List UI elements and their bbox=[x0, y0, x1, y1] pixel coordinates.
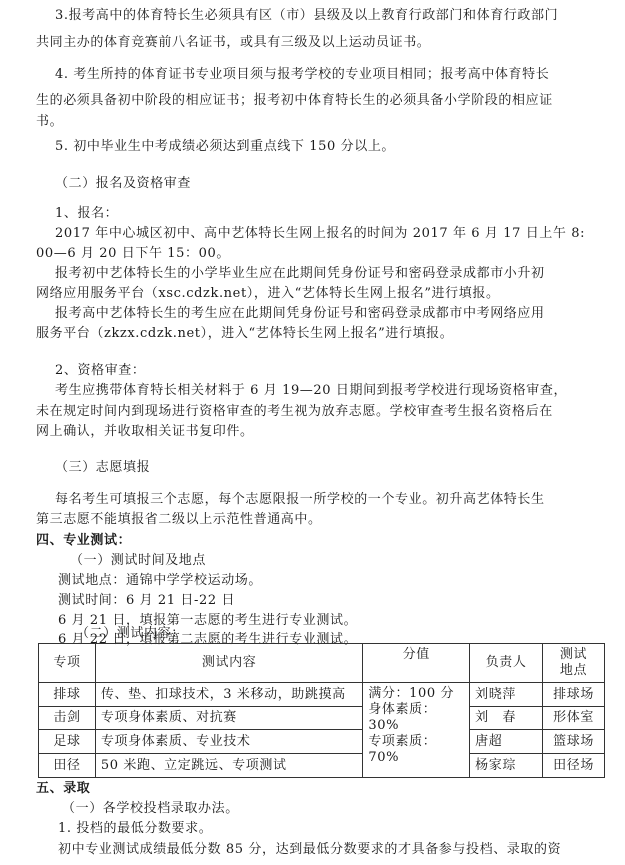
registration-time-line-2: 00—6 月 20 日下午 15：00。 bbox=[36, 246, 230, 262]
row-content: 传、垫、扣球技术，3 米移动，助跳摸高 bbox=[95, 683, 362, 707]
senior-registration-line-1: 报考高中艺体特长生的考生应在此期间凭身份证号和密码登录成都市中考网络应用 bbox=[55, 306, 545, 322]
header-event: 专项 bbox=[39, 644, 96, 683]
row-leader: 刘 春 bbox=[470, 707, 543, 730]
row-content: 50 米跑、立定跳远、专项测试 bbox=[95, 754, 362, 778]
row-leader: 刘晓萍 bbox=[470, 683, 543, 707]
registration-heading: 1、报名： bbox=[55, 206, 118, 222]
row-event: 足球 bbox=[39, 730, 96, 754]
review-line-1: 考生应携带体育特长相关材料于 6 月 19—20 日期间到报考学校进行现场资格审… bbox=[55, 383, 567, 399]
test-content-heading: （二）测试内容： bbox=[76, 626, 185, 642]
row-content: 专项身体素质、专业技术 bbox=[95, 730, 362, 754]
row-venue: 篮球场 bbox=[543, 730, 605, 754]
header-venue-line-2: 地点 bbox=[548, 663, 599, 679]
para-3-line-1: 3.报考高中的体育特长生必须具有区（市）县级及以上教育行政部门和体育行政部门 bbox=[55, 8, 558, 24]
score-physical: 身体素质：30% bbox=[368, 702, 464, 734]
row-event: 击剑 bbox=[39, 707, 96, 730]
test-time: 测试时间：6 月 21 日-22 日 bbox=[58, 593, 235, 609]
test-location: 测试地点：通锦中学学校运动场。 bbox=[58, 573, 262, 589]
table-header-row: 专项 测试内容 分值 负责人 测试 地点 bbox=[39, 644, 605, 683]
score-specialty: 专项素质：70% bbox=[368, 734, 464, 766]
row-leader: 杨家琮 bbox=[470, 754, 543, 778]
para-4-line-1: 4. 考生所持的体育证书专业项目须与报考学校的专业项目相同；报考高中体育特长 bbox=[55, 67, 549, 83]
score-cell: 满分：100 分 身体素质：30% 专项素质：70% bbox=[363, 683, 470, 778]
table-row: 田径 50 米跑、立定跳远、专项测试 杨家琮 田径场 bbox=[39, 754, 605, 778]
preference-line-1: 每名考生可填报三个志愿，每个志愿限报一所学校的一个专业。初升高艺体特长生 bbox=[55, 492, 545, 508]
min-score-line-1: 初中专业测试成绩最低分数 85 分，达到最低分数要求的才具备参与投档、录取的资 bbox=[58, 842, 561, 858]
header-score: 分值 bbox=[363, 644, 470, 683]
row-content: 专项身体素质、对抗赛 bbox=[95, 707, 362, 730]
registration-time-line-1: 2017 年中心城区初中、高中艺体特长生网上报名的时间为 2017 年 6 月 … bbox=[55, 226, 585, 242]
header-content: 测试内容 bbox=[95, 644, 362, 683]
row-venue: 排球场 bbox=[543, 683, 605, 707]
part-5-heading: 五、录取 bbox=[36, 781, 90, 797]
part-4-heading: 四、专业测试： bbox=[36, 533, 131, 549]
header-venue-line-1: 测试 bbox=[548, 647, 599, 663]
header-venue: 测试 地点 bbox=[543, 644, 605, 683]
table-row: 击剑 专项身体素质、对抗赛 刘 春 形体室 bbox=[39, 707, 605, 730]
min-score-heading: 1. 投档的最低分数要求。 bbox=[58, 821, 212, 837]
preference-line-2: 第三志愿不能填报省二级以上示范性普通高中。 bbox=[36, 512, 322, 528]
junior-registration-line-1: 报考初中艺体特长生的小学毕业生应在此期间凭身份证号和密码登录成都市小升初 bbox=[55, 266, 545, 282]
score-full: 满分：100 分 bbox=[368, 686, 464, 702]
para-5: 5. 初中毕业生中考成绩必须达到重点线下 150 分以上。 bbox=[55, 139, 395, 155]
section-2-heading: （二）报名及资格审查 bbox=[55, 176, 191, 192]
section-3-heading: （三）志愿填报 bbox=[55, 460, 150, 476]
test-content-table: 专项 测试内容 分值 负责人 测试 地点 排球 传、垫、扣球技术，3 米移动，助… bbox=[38, 643, 605, 778]
header-leader: 负责人 bbox=[470, 644, 543, 683]
junior-registration-line-2: 网络应用服务平台（xsc.cdzk.net），进入“艺体特长生网上报名”进行填报… bbox=[36, 286, 500, 302]
test-time-place-heading: （一）测试时间及地点 bbox=[70, 553, 206, 569]
admission-method-heading: （一）各学校投档录取办法。 bbox=[62, 801, 239, 817]
row-event: 田径 bbox=[39, 754, 96, 778]
review-line-3: 网上确认，并收取相关证书复印件。 bbox=[36, 424, 254, 440]
table-row: 排球 传、垫、扣球技术，3 米移动，助跳摸高 满分：100 分 身体素质：30%… bbox=[39, 683, 605, 707]
row-event: 排球 bbox=[39, 683, 96, 707]
row-venue: 田径场 bbox=[543, 754, 605, 778]
row-leader: 唐超 bbox=[470, 730, 543, 754]
row-venue: 形体室 bbox=[543, 707, 605, 730]
review-heading: 2、资格审查： bbox=[55, 363, 145, 379]
para-4-line-2: 生的必须具备初中阶段的相应证书；报考初中体育特长生的必须具备小学阶段的相应证 bbox=[36, 93, 553, 109]
review-line-2: 未在规定时间内到现场进行资格审查的考生视为放弃志愿。学校审查考生报名资格后在 bbox=[36, 404, 553, 420]
senior-registration-line-2: 服务平台（zkzx.cdzk.net），进入“艺体特长生网上报名”进行填报。 bbox=[36, 326, 453, 342]
para-3-line-2: 共同主办的体育竞赛前八名证书，或具有三级及以上运动员证书。 bbox=[36, 35, 430, 51]
table-row: 足球 专项身体素质、专业技术 唐超 篮球场 bbox=[39, 730, 605, 754]
para-4-line-3: 书。 bbox=[36, 114, 63, 130]
